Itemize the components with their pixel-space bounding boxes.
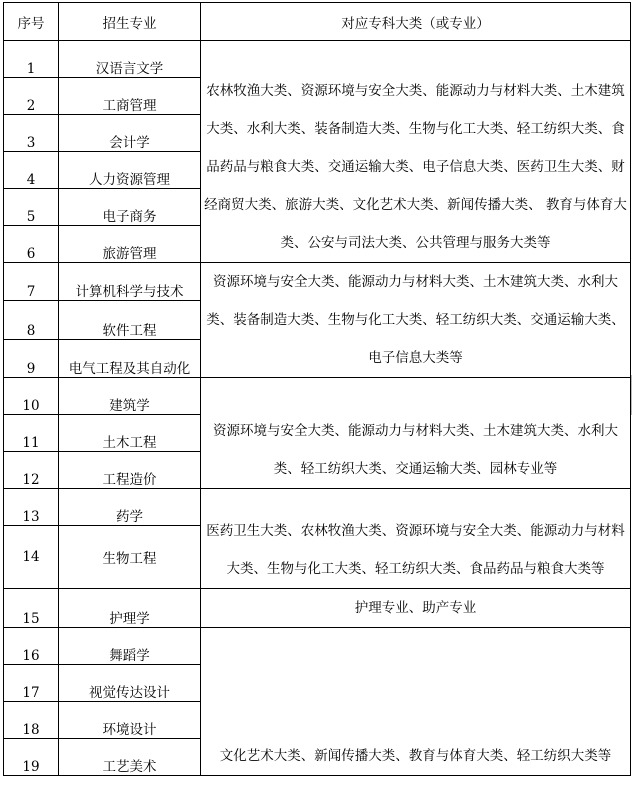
table-row: 13 药学 医药卫生大类、农林牧渔大类、资源环境与安全大类、能源动力与材料大类、… xyxy=(4,489,631,526)
row-major: 生物工程 xyxy=(59,526,201,589)
row-no: 9 xyxy=(4,339,59,377)
row-major: 汉语言文学 xyxy=(59,41,201,78)
row-major: 电子商务 xyxy=(59,189,201,226)
category-cell: 资源环境与安全大类、能源动力与材料大类、土木建筑大类、水利大类、轻工纺织大类、交… xyxy=(201,378,631,489)
header-no: 序号 xyxy=(4,3,59,41)
row-no: 15 xyxy=(4,589,59,628)
row-no: 17 xyxy=(4,665,59,702)
table-row: 7 计算机科学与技术 资源环境与安全大类、能源动力与材料大类、土木建筑大类、水利… xyxy=(4,263,631,301)
row-no: 5 xyxy=(4,189,59,226)
row-major: 视觉传达设计 xyxy=(59,665,201,702)
row-major: 计算机科学与技术 xyxy=(59,263,201,301)
row-no: 4 xyxy=(4,152,59,189)
row-major: 土木工程 xyxy=(59,415,201,452)
row-no: 1 xyxy=(4,41,59,78)
row-major: 工程造价 xyxy=(59,452,201,489)
row-no: 13 xyxy=(4,489,59,526)
row-no: 10 xyxy=(4,378,59,415)
category-cell: 资源环境与安全大类、能源动力与材料大类、土木建筑大类、水利大类、装备制造大类、生… xyxy=(201,263,631,378)
category-cell: 护理专业、助产专业 xyxy=(201,589,631,628)
row-major: 会计学 xyxy=(59,115,201,152)
row-no: 14 xyxy=(4,526,59,589)
category-cell: 农林牧渔大类、资源环境与安全大类、能源动力与材料大类、土木建筑大类、水利大类、装… xyxy=(201,41,631,263)
major-category-table: 序号 招生专业 对应专科大类（或专业） 1 汉语言文学 农林牧渔大类、资源环境与… xyxy=(3,2,631,776)
row-major: 旅游管理 xyxy=(59,226,201,263)
header-major: 招生专业 xyxy=(59,3,201,41)
row-no: 7 xyxy=(4,263,59,301)
row-major: 环境设计 xyxy=(59,702,201,739)
table-row: 16 舞蹈学 文化艺术大类、新闻传播大类、教育与体育大类、轻工纺织大类等 xyxy=(4,628,631,665)
header-category: 对应专科大类（或专业） xyxy=(201,3,631,41)
table-row: 10 建筑学 资源环境与安全大类、能源动力与材料大类、土木建筑大类、水利大类、轻… xyxy=(4,378,631,415)
row-no: 16 xyxy=(4,628,59,665)
table-row: 1 汉语言文学 农林牧渔大类、资源环境与安全大类、能源动力与材料大类、土木建筑大… xyxy=(4,41,631,78)
row-no: 2 xyxy=(4,78,59,115)
row-major: 电气工程及其自动化 xyxy=(59,339,201,377)
row-no: 11 xyxy=(4,415,59,452)
row-major: 人力资源管理 xyxy=(59,152,201,189)
row-no: 6 xyxy=(4,226,59,263)
row-major: 工商管理 xyxy=(59,78,201,115)
row-major: 工艺美术 xyxy=(59,739,201,776)
table-header-row: 序号 招生专业 对应专科大类（或专业） xyxy=(4,3,631,41)
row-major: 药学 xyxy=(59,489,201,526)
row-major: 建筑学 xyxy=(59,378,201,415)
row-major: 护理学 xyxy=(59,589,201,628)
row-no: 12 xyxy=(4,452,59,489)
row-major: 舞蹈学 xyxy=(59,628,201,665)
row-no: 8 xyxy=(4,301,59,339)
row-major: 软件工程 xyxy=(59,301,201,339)
category-cell: 医药卫生大类、农林牧渔大类、资源环境与安全大类、能源动力与材料大类、生物与化工大… xyxy=(201,489,631,589)
category-cell: 文化艺术大类、新闻传播大类、教育与体育大类、轻工纺织大类等 xyxy=(201,628,631,776)
row-no: 19 xyxy=(4,739,59,776)
row-no: 3 xyxy=(4,115,59,152)
row-no: 18 xyxy=(4,702,59,739)
table-row: 15 护理学 护理专业、助产专业 xyxy=(4,589,631,628)
